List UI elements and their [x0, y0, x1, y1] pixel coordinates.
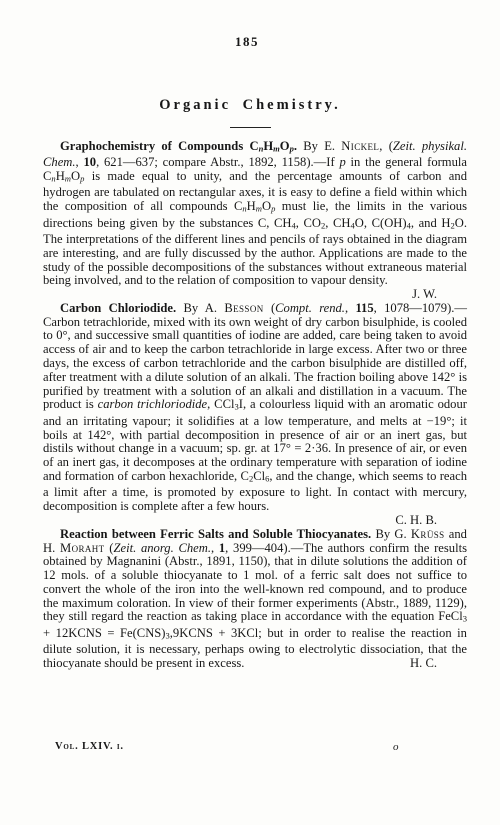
- volume-label: Vol. LXIV. i.: [55, 741, 124, 752]
- abstractor-signature: H. C.: [393, 657, 437, 671]
- article-text: Carbon Chloriodide. By A. Besson (Compt.…: [43, 301, 467, 513]
- article-carbon-chloriodide: Carbon Chloriodide. By A. Besson (Compt.…: [43, 302, 467, 514]
- abstractor-signature: J. W.: [43, 288, 467, 302]
- abstractor-signature: C. H. B.: [43, 514, 467, 528]
- section-title: Organic Chemistry.: [0, 97, 500, 114]
- section-divider-rule: [230, 127, 271, 128]
- article-ferric-thiocyanates: Reaction between Ferric Salts and Solubl…: [43, 528, 467, 671]
- article-graphochemistry: Graphochemistry of Compounds CnHmOp. By …: [43, 140, 467, 288]
- journal-page: 185 Organic Chemistry. Graphochemistry o…: [0, 0, 500, 825]
- page-content: Graphochemistry of Compounds CnHmOp. By …: [43, 140, 467, 671]
- article-text: Reaction between Ferric Salts and Solubl…: [43, 527, 467, 670]
- page-number: 185: [0, 34, 494, 50]
- page-footer: Vol. LXIV. i. o: [43, 741, 467, 752]
- article-text: Graphochemistry of Compounds CnHmOp. By …: [43, 139, 467, 287]
- printers-signature-mark: o: [393, 741, 399, 753]
